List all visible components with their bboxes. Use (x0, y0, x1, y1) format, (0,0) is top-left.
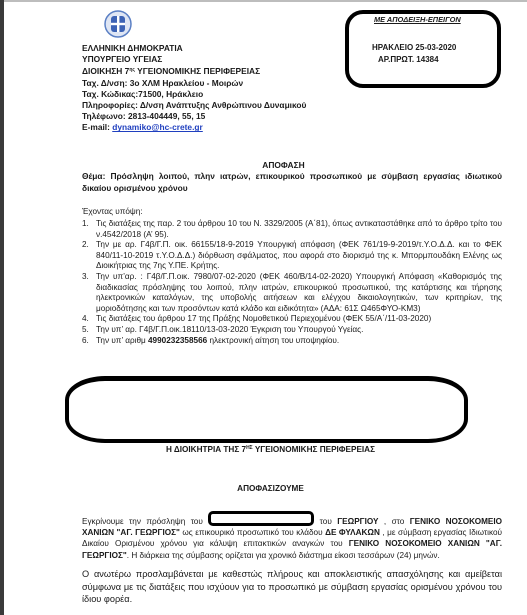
item-text: Την με αρ. Γ4β/Γ.Π. οικ. 66155/18-9-2019… (96, 240, 502, 270)
redacted-name (208, 511, 314, 526)
body-text: Εγκρίνουμε την πρόσληψη του (82, 517, 208, 526)
consideration-item: 4.Τις διατάξεις του άρθρου 17 της Πράξης… (82, 314, 502, 325)
decide-heading: ΑΠΟΦΑΣΙΖΟΥΜΕ (0, 484, 527, 493)
application-number: 4990232358566 (148, 336, 207, 345)
item-number: 1. (82, 219, 89, 230)
phone-line: Τηλέφωνο: 2813-404449, 55, 15 (82, 111, 332, 122)
republic-line: ΕΛΛΗΝΙΚΗ ΔΗΜΟΚΡΑΤΙΑ (82, 43, 332, 54)
considerations-list: 1.Τις διατάξεις της παρ. 2 του άρθρου 10… (82, 219, 502, 346)
employment-terms-paragraph: Ο ανωτέρω προσλαμβάνεται με καθεστώς πλή… (82, 568, 502, 606)
item-number: 3. (82, 272, 89, 283)
item-text: Την υπ’αρ. : Γ4β/Γ.Π.οικ. 7980/07-02-202… (96, 272, 502, 313)
consideration-item: 2.Την με αρ. Γ4β/Γ.Π. οικ. 66155/18-9-20… (82, 240, 502, 272)
consideration-item: 5.Την υπ’ αρ. Γ4β/Γ.Π.οικ.18110/13-03-20… (82, 325, 502, 336)
item-text: Τις διατάξεις της παρ. 2 του άρθρου 10 τ… (96, 219, 502, 239)
director-pre: Η ΔΙΟΙΚΗΤΡΙΑ ΤΗΣ 7 (166, 445, 246, 454)
coat-of-arms-icon (104, 10, 132, 38)
item-text: Τις διατάξεις του άρθρου 17 της Πράξης Ν… (96, 314, 431, 323)
email-line: E-mail: dynamiko@hc-crete.gr (82, 122, 332, 133)
director-sup: ΗΣ (246, 445, 253, 451)
item-number: 4. (82, 314, 89, 325)
consideration-item: 1.Τις διατάξεις της παρ. 2 του άρθρου 10… (82, 219, 502, 240)
hand-drawn-oval-highlight (65, 376, 468, 443)
email-link[interactable]: dynamiko@hc-crete.gr (112, 122, 203, 132)
item-text: Την υπ’ αριθμ (96, 336, 148, 345)
father-name: ΓΕΩΡΓΙΟΥ (337, 517, 378, 526)
body-text: του (314, 517, 337, 526)
body-text: . Η διάρκεια της σύμβασης ορίζεται για χ… (127, 551, 440, 560)
director-heading: Η ΔΙΟΙΚΗΤΡΙΑ ΤΗΣ 7ΗΣ ΥΓΕΙΟΝΟΜΙΚΗΣ ΠΕΡΙΦΕ… (0, 445, 527, 454)
email-label: E-mail: (82, 122, 112, 132)
decision-subject: Θέμα: Πρόσληψη λοιπού, πλην ιατρών, επικ… (82, 171, 502, 194)
info-line: Πληροφορίες: Δ/νση Ανάπτυξης Ανθρώπινου … (82, 100, 332, 111)
authority-pre: ΔΙΟΙΚΗΣΗ 7 (82, 66, 129, 76)
having-regard-label: Έχοντας υπόψη: (82, 207, 143, 216)
consideration-item: 6.Την υπ’ αριθμ 4990232358566 ηλεκτρονικ… (82, 336, 502, 347)
consideration-item: 3.Την υπ’αρ. : Γ4β/Γ.Π.οικ. 7980/07-02-2… (82, 272, 502, 314)
branch-name: ΔΕ ΦΥΛΑΚΩΝ (325, 528, 380, 537)
body-text: ως επικουρικό προσωπικό του κλάδου (180, 528, 325, 537)
authority-line: ΔΙΟΙΚΗΣΗ 7ης ΥΓΕΙΟΝΟΜΙΚΗΣ ΠΕΡΙΦΕΡΕΙΑΣ (82, 65, 332, 77)
address-line: Ταχ. Δ/νση: 3ο ΧΛΜ Ηρακλείου - Μοιρών (82, 78, 332, 89)
decision-body-paragraph: Εγκρίνουμε την πρόσληψη του του ΓΕΩΡΓΙΟΥ… (82, 511, 502, 561)
urgent-note: ΜΕ ΑΠΟΔΕΙΞΗ-ΕΠΕΙΓΟΝ (374, 15, 461, 24)
item-text: ηλεκτρονική αίτηση του υποψηφίου. (207, 336, 339, 345)
stamp-date: ΗΡΑΚΛΕΙΟ 25-03-2020 (372, 43, 456, 52)
director-post: ΥΓΕΙΟΝΟΜΙΚΗΣ ΠΕΡΙΦΕΡΕΙΑΣ (253, 445, 375, 454)
body-text: , στο (378, 517, 409, 526)
postal-line: Ταχ. Κώδικας:71500, Ηράκλειο (82, 89, 332, 100)
decision-title: ΑΠΟΦΑΣΗ (0, 160, 527, 170)
item-text: Την υπ’ αρ. Γ4β/Γ.Π.οικ.18110/13-03-2020… (96, 325, 363, 334)
item-number: 5. (82, 325, 89, 336)
ministry-line: ΥΠΟΥΡΓΕΙΟ ΥΓΕΙΑΣ (82, 54, 332, 65)
item-number: 2. (82, 240, 89, 251)
item-number: 6. (82, 336, 89, 347)
authority-post: ΥΓΕΙΟΝΟΜΙΚΗΣ ΠΕΡΙΦΕΡΕΙΑΣ (135, 66, 260, 76)
issuer-header: ΕΛΛΗΝΙΚΗ ΔΗΜΟΚΡΑΤΙΑ ΥΠΟΥΡΓΕΙΟ ΥΓΕΙΑΣ ΔΙΟ… (82, 43, 332, 134)
protocol-number: ΑΡ.ΠΡΩΤ. 14384 (378, 55, 439, 64)
